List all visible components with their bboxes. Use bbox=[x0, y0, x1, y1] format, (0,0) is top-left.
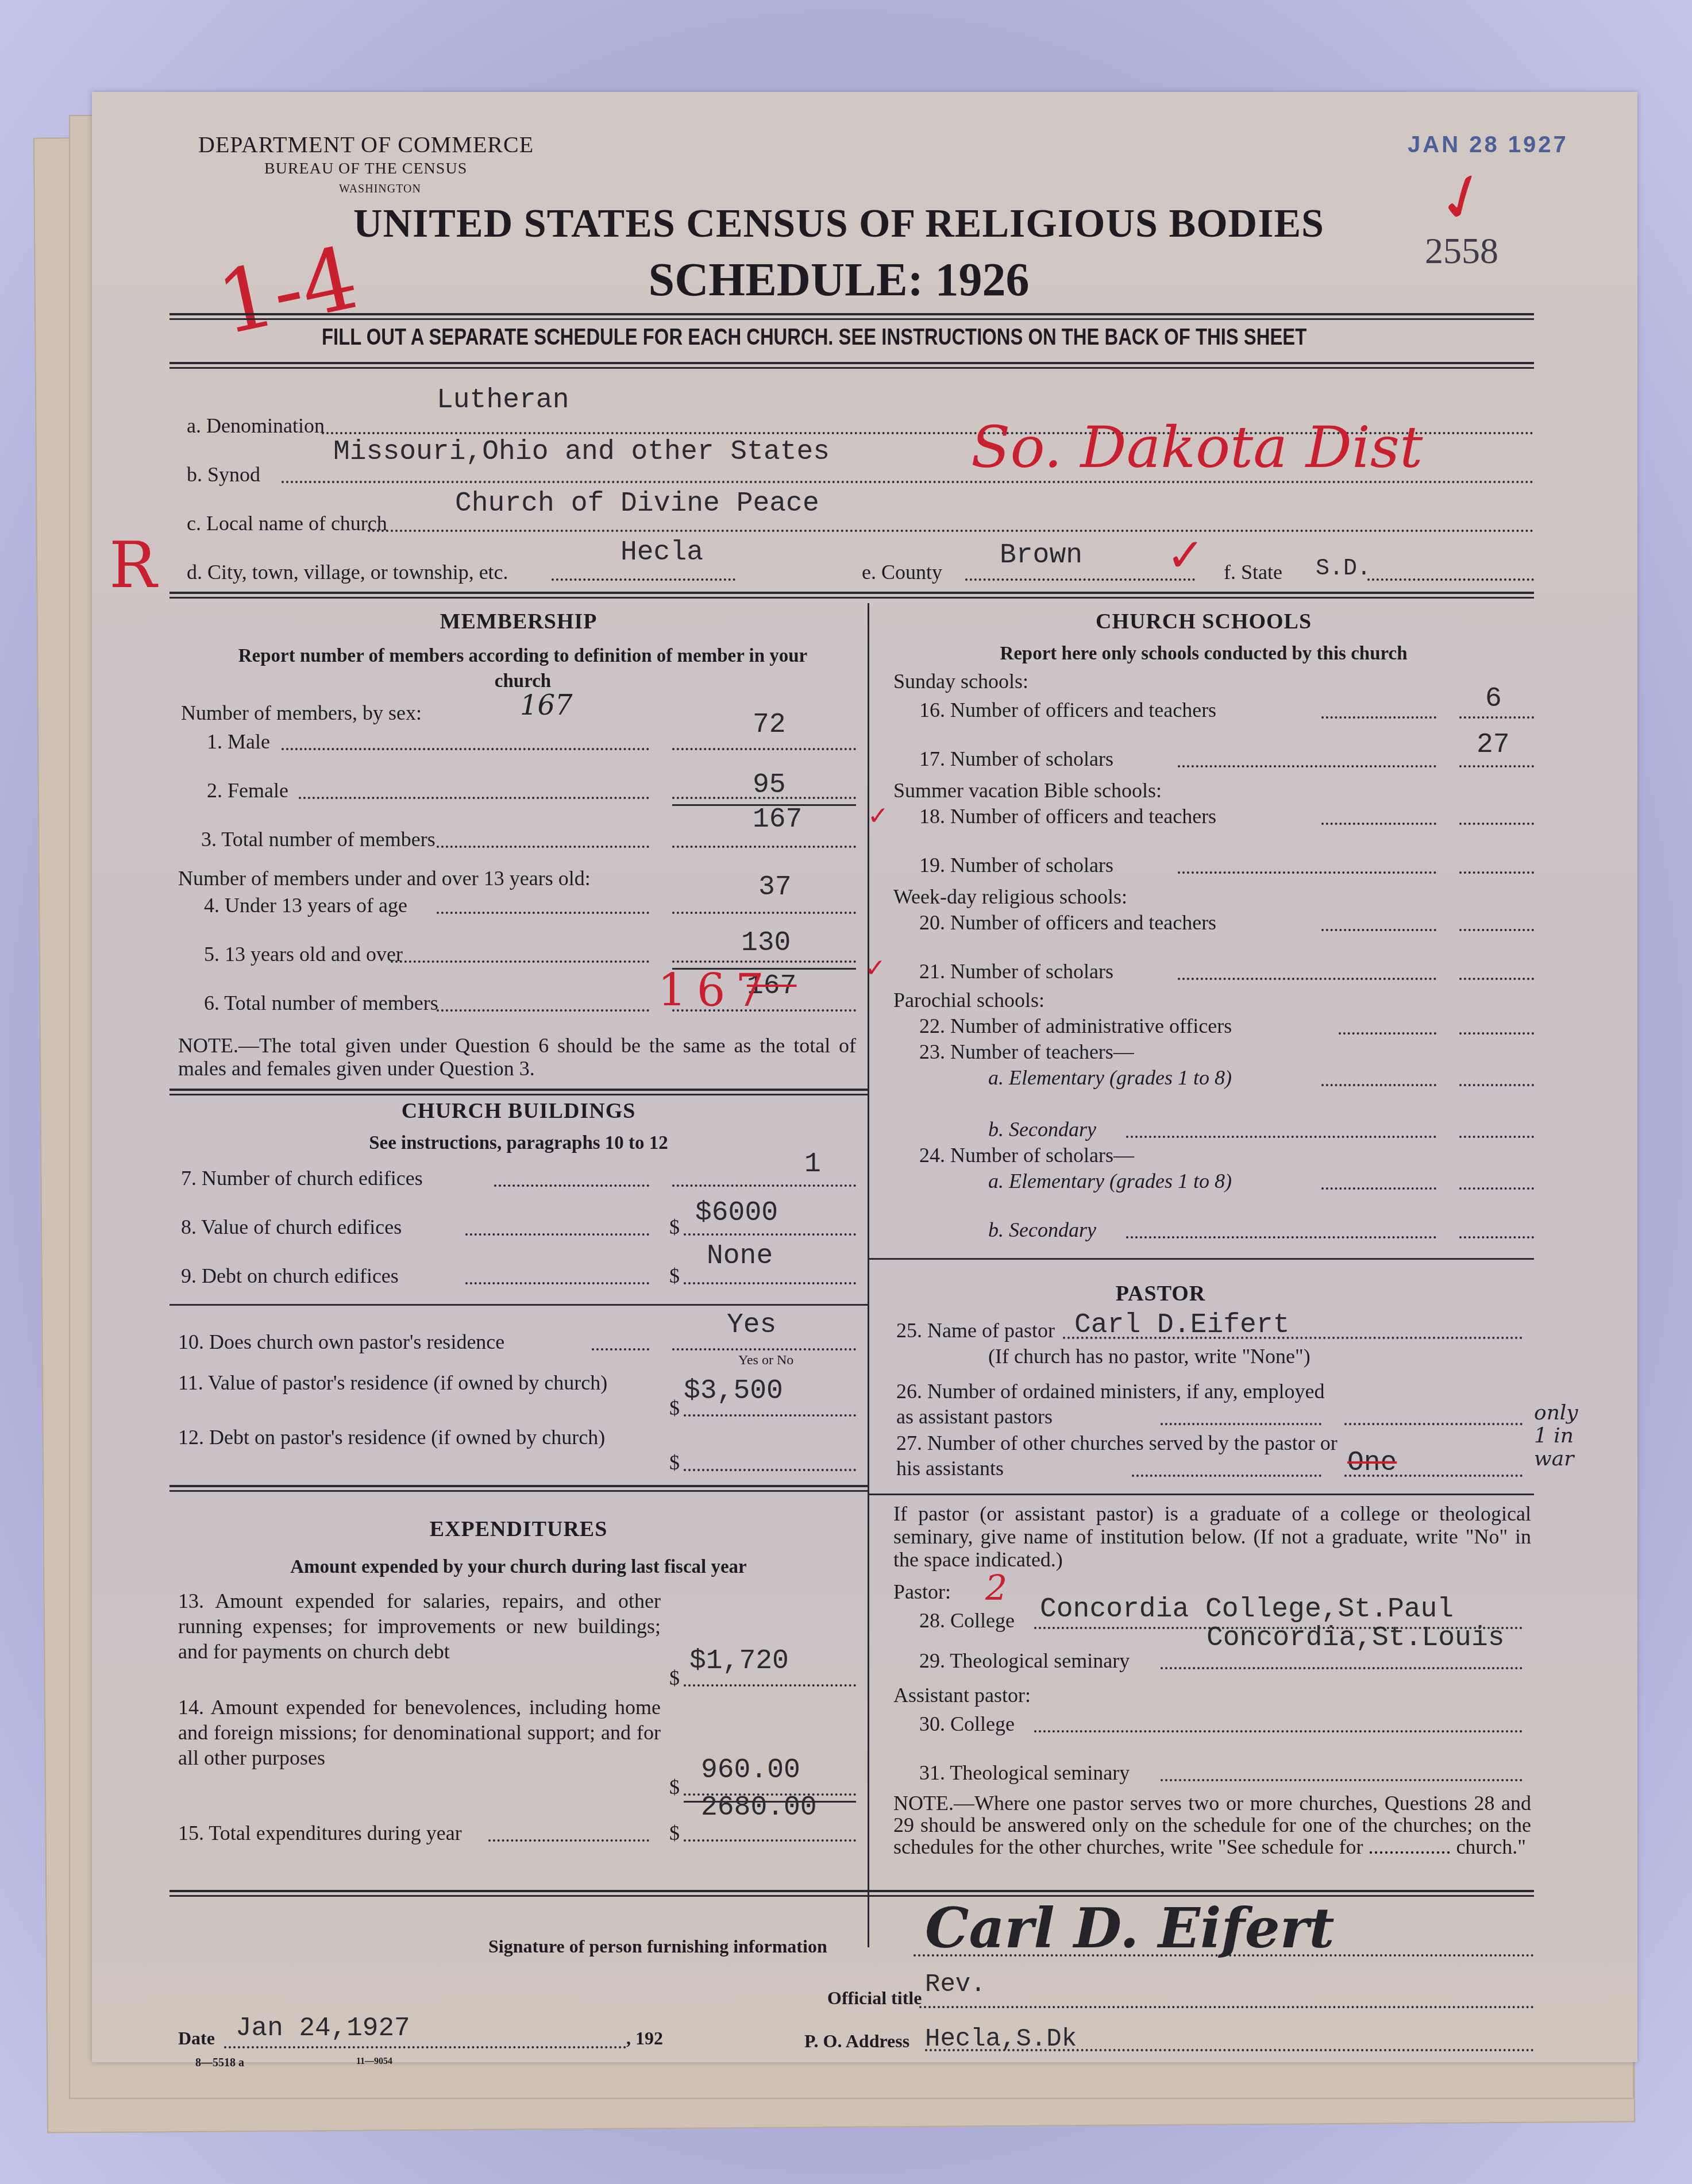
form-title: UNITED STATES CENSUS OF RELIGIOUS BODIES bbox=[149, 201, 1528, 247]
pastor-title: PASTOR bbox=[873, 1281, 1448, 1306]
pastor-name-label: 25. Name of pastor bbox=[896, 1318, 1055, 1342]
weekday-officers-answer-line bbox=[1459, 929, 1534, 931]
under-13-label: 4. Under 13 years of age bbox=[204, 893, 407, 917]
instruction-band: FILL OUT A SEPARATE SCHEDULE FOR EACH CH… bbox=[322, 325, 1306, 350]
date-value[interactable]: Jan 24,1927 bbox=[236, 2013, 410, 2043]
bureau-city: WASHINGTON bbox=[339, 183, 421, 196]
male-answer-line bbox=[672, 748, 856, 750]
residence-debt-answer-line bbox=[684, 1469, 856, 1471]
assistant-college-line bbox=[1034, 1730, 1523, 1732]
over-13-label: 5. 13 years old and over bbox=[204, 942, 403, 966]
admin-officers-label: 22. Number of administrative officers bbox=[919, 1014, 1232, 1038]
edifices-count-answer-line bbox=[672, 1184, 856, 1187]
male-line bbox=[282, 748, 649, 750]
church-schools-subtitle: Report here only schools conducted by th… bbox=[873, 643, 1534, 665]
church-buildings-title: CHURCH BUILDINGS bbox=[169, 1098, 868, 1124]
assistant-pastor-heading: Assistant pastor: bbox=[893, 1683, 1031, 1707]
running-expenses-answer-line bbox=[684, 1684, 856, 1687]
female-label: 2. Female bbox=[207, 778, 288, 802]
red-annotation-left: R bbox=[109, 528, 157, 602]
date-suffix: , 192 bbox=[626, 2028, 663, 2049]
total-expenditures-answer-line bbox=[684, 1839, 856, 1842]
under-13-answer-line bbox=[672, 912, 856, 914]
summer-scholars-answer-line bbox=[1459, 871, 1534, 874]
sunday-officers-value[interactable]: 6 bbox=[1485, 684, 1502, 715]
assistant-college-label: 30. College bbox=[919, 1712, 1015, 1736]
sunday-scholars-line bbox=[1178, 765, 1436, 767]
scholars-secondary-label: b. Secondary bbox=[988, 1218, 1096, 1242]
red-check-mark: ✓ bbox=[1166, 528, 1205, 582]
teachers-secondary-label: b. Secondary bbox=[988, 1117, 1096, 1141]
edifices-value-label: 8. Value of church edifices bbox=[181, 1215, 402, 1239]
scholars-elementary-answer-line bbox=[1459, 1187, 1534, 1190]
residence-debt-label: 12. Debt on pastor's residence (if owned… bbox=[178, 1425, 661, 1450]
membership-note: NOTE.—The total given under Question 6 s… bbox=[178, 1034, 856, 1080]
age-label: Number of members under and over 13 year… bbox=[178, 866, 591, 890]
edifices-debt-answer-line bbox=[684, 1282, 856, 1284]
sunday-scholars-value[interactable]: 27 bbox=[1477, 730, 1510, 761]
male-label: 1. Male bbox=[207, 730, 270, 754]
total-members-6-label: 6. Total number of members bbox=[204, 991, 438, 1015]
signature-label: Signature of person furnishing informati… bbox=[488, 1936, 827, 1957]
weekday-schools-heading: Week-day religious schools: bbox=[893, 885, 1127, 909]
parochial-schools-heading: Parochial schools: bbox=[893, 988, 1045, 1012]
edifices-debt-dollar: $ bbox=[669, 1264, 680, 1288]
female-line bbox=[299, 797, 649, 799]
assistant-count-answer-line bbox=[1344, 1423, 1523, 1425]
teachers-elementary-label: a. Elementary (grades 1 to 8) bbox=[988, 1066, 1232, 1090]
scholars-secondary-line bbox=[1126, 1236, 1436, 1238]
scholars-secondary-answer-line bbox=[1459, 1236, 1534, 1238]
print-number: 11—9054 bbox=[356, 2056, 392, 2067]
edifices-count-label: 7. Number of church edifices bbox=[181, 1166, 423, 1190]
female-value[interactable]: 95 bbox=[753, 770, 786, 801]
date-label: Date bbox=[178, 2028, 215, 2049]
official-title-line bbox=[919, 2006, 1534, 2008]
date-line bbox=[224, 2046, 626, 2048]
teachers-secondary-answer-line bbox=[1459, 1136, 1534, 1138]
teachers-elementary-line bbox=[1321, 1084, 1436, 1086]
margin-pencil-note: only 1 in war bbox=[1534, 1402, 1597, 1471]
residence-debt-dollar: $ bbox=[669, 1450, 680, 1475]
sunday-schools-heading: Sunday schools: bbox=[893, 669, 1028, 693]
owns-residence-answer-line bbox=[672, 1348, 856, 1350]
benevolences-value[interactable]: 960.00 bbox=[701, 1755, 800, 1786]
edifices-value-value[interactable]: $6000 bbox=[695, 1198, 778, 1229]
census-schedule-page: DEPARTMENT OF COMMERCE BUREAU OF THE CEN… bbox=[92, 92, 1637, 2062]
assistant-seminary-line bbox=[1161, 1779, 1523, 1781]
red-check-mark: ✓ bbox=[865, 954, 886, 983]
sunday-scholars-label: 17. Number of scholars bbox=[919, 747, 1113, 771]
pastor-name-hint: (If church has no pastor, write "None") bbox=[988, 1344, 1311, 1368]
benevolences-label: 14. Amount expended for benevolences, in… bbox=[178, 1695, 661, 1770]
edifices-value-answer-line bbox=[684, 1233, 856, 1236]
membership-subtitle: Report number of members according to de… bbox=[218, 643, 827, 694]
weekday-scholars-line bbox=[1178, 978, 1436, 980]
county-value[interactable]: Brown bbox=[1000, 540, 1082, 571]
state-line bbox=[1367, 578, 1534, 581]
po-address-label: P. O. Address bbox=[804, 2031, 909, 2052]
membership-title: MEMBERSHIP bbox=[169, 609, 868, 634]
summer-scholars-line bbox=[1178, 871, 1436, 874]
seminary-line bbox=[1161, 1667, 1523, 1669]
admin-officers-line bbox=[1339, 1032, 1436, 1035]
synod-label: b. Synod bbox=[187, 462, 260, 487]
local-name-line bbox=[368, 530, 1534, 532]
denomination-label: a. Denomination bbox=[187, 414, 325, 438]
sunday-officers-answer-line bbox=[1459, 716, 1534, 719]
county-label: e. County bbox=[862, 560, 942, 584]
total-answer-line bbox=[672, 846, 856, 848]
sunday-scholars-answer-line bbox=[1459, 765, 1534, 767]
by-sex-pencil-note: 167 bbox=[520, 689, 573, 721]
admin-officers-answer-line bbox=[1459, 1032, 1534, 1035]
edifices-count-value[interactable]: 1 bbox=[804, 1149, 821, 1180]
official-title-label: Official title bbox=[827, 1988, 922, 2009]
official-title-value[interactable]: Rev. bbox=[925, 1970, 986, 1999]
edifices-debt-label: 9. Debt on church edifices bbox=[181, 1264, 399, 1288]
city-line bbox=[552, 578, 735, 581]
owns-residence-value[interactable]: Yes bbox=[727, 1310, 776, 1341]
weekday-scholars-answer-line bbox=[1459, 978, 1534, 980]
scholars-parochial-label: 24. Number of scholars— bbox=[919, 1143, 1134, 1167]
expenditures-subtitle: Amount expended by your church during la… bbox=[169, 1557, 868, 1578]
education-intro: If pastor (or assistant pastor) is a gra… bbox=[893, 1502, 1531, 1571]
edifices-value-line bbox=[465, 1233, 649, 1236]
state-value[interactable]: S.D. bbox=[1316, 556, 1371, 582]
weekday-officers-line bbox=[1321, 929, 1436, 931]
pastor-red-mark: 2 bbox=[985, 1568, 1007, 1608]
college-label: 28. College bbox=[919, 1608, 1015, 1633]
pastor-name-value[interactable]: Carl D.Eifert bbox=[1074, 1310, 1289, 1341]
total-line bbox=[437, 846, 649, 848]
total-expenditures-label: 15. Total expenditures during year bbox=[178, 1821, 462, 1845]
church-schools-title: CHURCH SCHOOLS bbox=[873, 609, 1534, 634]
assistant-count-label: 26. Number of ordained ministers, if any… bbox=[896, 1379, 1344, 1429]
section-rule bbox=[868, 1494, 1534, 1495]
po-address-value[interactable]: Hecla,S.Dk bbox=[925, 2025, 1077, 2054]
pastor-note: NOTE.—Where one pastor serves two or mor… bbox=[893, 1792, 1531, 1858]
synod-value[interactable]: Missouri,Ohio and other States bbox=[333, 437, 830, 468]
total-members-label: 3. Total number of members bbox=[201, 827, 435, 851]
church-buildings-subtitle: See instructions, paragraphs 10 to 12 bbox=[169, 1133, 868, 1154]
total-expenditures-line bbox=[488, 1839, 649, 1842]
running-expenses-label: 13. Amount expended for salaries, repair… bbox=[178, 1588, 661, 1664]
summer-officers-label: 18. Number of officers and teachers bbox=[919, 804, 1216, 828]
sunday-officers-label: 16. Number of officers and teachers bbox=[919, 698, 1216, 722]
section-double-rule bbox=[169, 1485, 868, 1492]
residence-value-value[interactable]: $3,500 bbox=[684, 1376, 783, 1407]
over-13-value[interactable]: 130 bbox=[741, 928, 791, 959]
owns-residence-line bbox=[592, 1348, 649, 1350]
over-13-line bbox=[391, 960, 649, 963]
by-sex-label: Number of members, by sex: bbox=[181, 701, 422, 725]
sunday-officers-line bbox=[1321, 716, 1436, 719]
pastor-education-heading: Pastor: bbox=[893, 1580, 951, 1604]
total-expenditures-dollar: $ bbox=[669, 1821, 680, 1845]
residence-value-dollar: $ bbox=[669, 1396, 680, 1420]
other-churches-value[interactable]: One bbox=[1347, 1448, 1397, 1479]
under-13-line bbox=[437, 912, 649, 914]
other-churches-label: 27. Number of other churches served by t… bbox=[896, 1430, 1344, 1481]
under-13-value[interactable]: 37 bbox=[758, 872, 792, 903]
scholars-elementary-label: a. Elementary (grades 1 to 8) bbox=[988, 1169, 1232, 1193]
benevolences-dollar: $ bbox=[669, 1775, 680, 1799]
edifices-debt-value[interactable]: None bbox=[707, 1241, 773, 1272]
residence-value-label: 11. Value of pastor's residence (if owne… bbox=[178, 1370, 661, 1395]
weekday-officers-label: 20. Number of officers and teachers bbox=[919, 910, 1216, 935]
scholars-elementary-line bbox=[1321, 1187, 1436, 1190]
section-rule bbox=[868, 1258, 1534, 1260]
over-13-answer-line bbox=[672, 960, 856, 963]
total-expenditures-value[interactable]: 2680.00 bbox=[701, 1792, 817, 1823]
owns-residence-label: 10. Does church own pastor's residence bbox=[178, 1330, 504, 1354]
running-expenses-value[interactable]: $1,720 bbox=[689, 1646, 789, 1677]
local-name-label: c. Local name of church bbox=[187, 511, 387, 535]
summer-officers-answer-line bbox=[1459, 823, 1534, 825]
synod-line bbox=[282, 481, 1534, 483]
red-check-mark: ✓ bbox=[868, 801, 889, 831]
college-value[interactable]: Concordia College,St.Paul bbox=[1040, 1594, 1454, 1625]
signature-value[interactable]: Carl D. Eifert bbox=[925, 1896, 1335, 1961]
department-name: DEPARTMENT OF COMMERCE bbox=[198, 131, 534, 158]
seminary-value[interactable]: Concordia,St.Louis bbox=[1207, 1623, 1504, 1654]
other-churches-line bbox=[1132, 1475, 1321, 1477]
edifices-value-dollar: $ bbox=[669, 1215, 680, 1239]
bureau-name: BUREAU OF THE CENSUS bbox=[264, 160, 467, 178]
assistant-seminary-label: 31. Theological seminary bbox=[919, 1761, 1130, 1785]
yes-or-no-hint: Yes or No bbox=[738, 1353, 793, 1368]
section-double-rule bbox=[169, 592, 1534, 599]
county-line bbox=[965, 578, 1195, 581]
synod-red-note: So. Dakota Dist bbox=[971, 414, 1423, 481]
total-members-6-red-correction: 167 bbox=[658, 965, 774, 1017]
teachers-label: 23. Number of teachers— bbox=[919, 1040, 1134, 1064]
teachers-elementary-answer-line bbox=[1459, 1084, 1534, 1086]
total-6-line bbox=[437, 1009, 649, 1012]
denomination-value[interactable]: Lutheran bbox=[437, 385, 569, 416]
residence-value-answer-line bbox=[684, 1414, 856, 1417]
section-double-rule bbox=[169, 1089, 868, 1095]
summer-officers-line bbox=[1321, 823, 1436, 825]
teachers-secondary-line bbox=[1126, 1136, 1436, 1138]
running-expenses-dollar: $ bbox=[669, 1666, 680, 1690]
city-value[interactable]: Hecla bbox=[620, 537, 703, 568]
received-date-stamp: JAN 28 1927 bbox=[1408, 132, 1568, 158]
form-number: 8—5518 a bbox=[195, 2056, 244, 2070]
male-value[interactable]: 72 bbox=[753, 709, 786, 740]
total-members-value[interactable]: 167 bbox=[753, 804, 802, 835]
header-double-rule bbox=[169, 313, 1534, 320]
summer-scholars-label: 19. Number of scholars bbox=[919, 853, 1113, 877]
edifices-count-line bbox=[494, 1184, 649, 1187]
band-double-rule bbox=[169, 362, 1534, 369]
local-name-value[interactable]: Church of Divine Peace bbox=[455, 488, 819, 519]
section-rule bbox=[169, 1304, 868, 1306]
city-label: d. City, town, village, or township, etc… bbox=[187, 560, 508, 584]
edifices-debt-line bbox=[465, 1282, 649, 1284]
state-label: f. State bbox=[1224, 560, 1282, 584]
seminary-label: 29. Theological seminary bbox=[919, 1649, 1130, 1673]
weekday-scholars-label: 21. Number of scholars bbox=[919, 959, 1113, 983]
expenditures-title: EXPENDITURES bbox=[169, 1517, 868, 1542]
assistant-count-line bbox=[1161, 1423, 1321, 1425]
summer-schools-heading: Summer vacation Bible schools: bbox=[893, 778, 1162, 802]
